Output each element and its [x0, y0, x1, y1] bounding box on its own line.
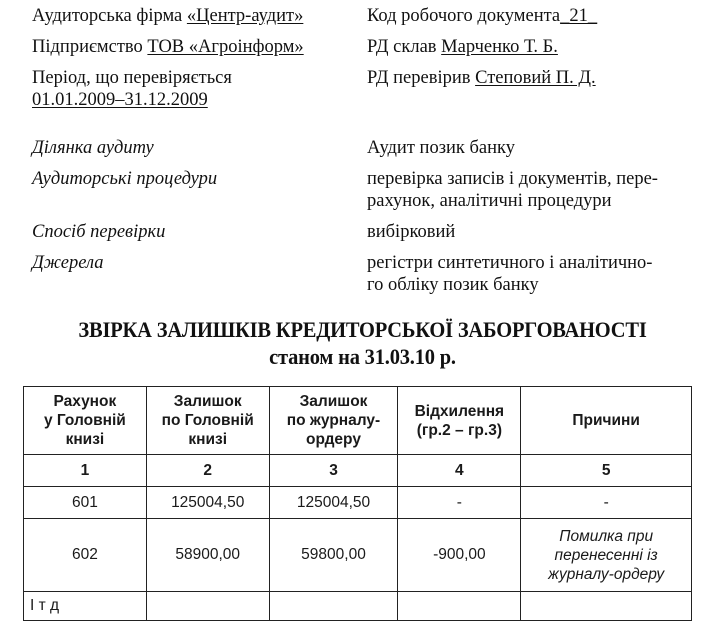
cell-account: 602 — [24, 519, 147, 592]
reconciliation-table: Рахунок у Головній книзі Залишок по Голо… — [23, 386, 692, 621]
period-value: 01.01.2009–31.12.2009 — [32, 89, 208, 111]
audit-procedures-label: Аудиторські процедури — [32, 168, 217, 190]
prepared-line: РД склав Марченко Т. Б. — [367, 36, 558, 58]
enterprise-value: ТОВ «Агроінформ» — [147, 37, 303, 57]
audit-area-label: Ділянка аудиту — [32, 137, 154, 159]
audit-procedures-value-line-1: перевірка записів і документів, пере- — [367, 168, 658, 190]
document-subtitle: станом на 31.03.10 р. — [25, 344, 699, 370]
document-title: ЗВІРКА ЗАЛИШКІВ КРЕДИТОРСЬКОЇ ЗАБОРГОВАН… — [25, 317, 699, 343]
cell-ledger-balance: 125004,50 — [146, 487, 269, 519]
column-number: 1 — [24, 455, 147, 487]
period-label: Період, що перевіряється — [32, 67, 232, 89]
enterprise-label: Підприємство — [32, 37, 143, 57]
column-number-row: 1 2 3 4 5 — [24, 455, 692, 487]
checked-label: РД перевірив — [367, 68, 470, 88]
table-row: 601 125004,50 125004,50 - - — [24, 487, 692, 519]
cell-reason: - — [521, 487, 692, 519]
header-ledger-balance: Залишок по Головній книзі — [146, 387, 269, 455]
doc-code-value: _21_ — [560, 6, 597, 26]
cell-reason: Помилка при перенесенні із журналу-ордер… — [521, 519, 692, 592]
check-method-value: вибірковий — [367, 221, 455, 243]
sources-value-line-1: регістри синтетичного і аналітично- — [367, 252, 652, 274]
table-row: І т д — [24, 592, 692, 621]
cell-deviation: -900,00 — [398, 519, 521, 592]
cell-deviation — [398, 592, 521, 621]
column-number: 2 — [146, 455, 269, 487]
prepared-value: Марченко Т. Б. — [441, 37, 558, 57]
header-deviation: Відхилення (гр.2 – гр.3) — [398, 387, 521, 455]
cell-account: 601 — [24, 487, 147, 519]
column-number: 3 — [269, 455, 398, 487]
firm-line: Аудиторська фірма «Центр-аудит» — [32, 5, 303, 27]
table-row: 602 58900,00 59800,00 -900,00 Помилка пр… — [24, 519, 692, 592]
enterprise-line: Підприємство ТОВ «Агроінформ» — [32, 36, 304, 58]
table-header-row: Рахунок у Головній книзі Залишок по Голо… — [24, 387, 692, 455]
cell-journal-balance — [269, 592, 398, 621]
cell-ledger-balance — [146, 592, 269, 621]
column-number: 5 — [521, 455, 692, 487]
cell-ledger-balance: 58900,00 — [146, 519, 269, 592]
sources-label: Джерела — [32, 252, 104, 274]
cell-deviation: - — [398, 487, 521, 519]
firm-label: Аудиторська фірма — [32, 6, 182, 26]
column-number: 4 — [398, 455, 521, 487]
audit-procedures-value-line-2: рахунок, аналітичні процедури — [367, 190, 612, 212]
cell-journal-balance: 59800,00 — [269, 519, 398, 592]
check-method-label: Спосіб перевірки — [32, 221, 165, 243]
doc-code-label: Код робочого документа — [367, 6, 560, 26]
doc-code-line: Код робочого документа_21_ — [367, 5, 597, 27]
checked-line: РД перевірив Степовий П. Д. — [367, 67, 596, 89]
header-account: Рахунок у Головній книзі — [24, 387, 147, 455]
header-reasons: Причини — [521, 387, 692, 455]
audit-area-value: Аудит позик банку — [367, 137, 515, 159]
sources-value-line-2: го обліку позик банку — [367, 274, 539, 296]
firm-value: «Центр-аудит» — [187, 6, 303, 26]
prepared-label: РД склав — [367, 37, 437, 57]
checked-value: Степовий П. Д. — [475, 68, 596, 88]
cell-journal-balance: 125004,50 — [269, 487, 398, 519]
cell-account: І т д — [24, 592, 147, 621]
cell-reason — [521, 592, 692, 621]
header-journal-balance: Залишок по журналу- ордеру — [269, 387, 398, 455]
